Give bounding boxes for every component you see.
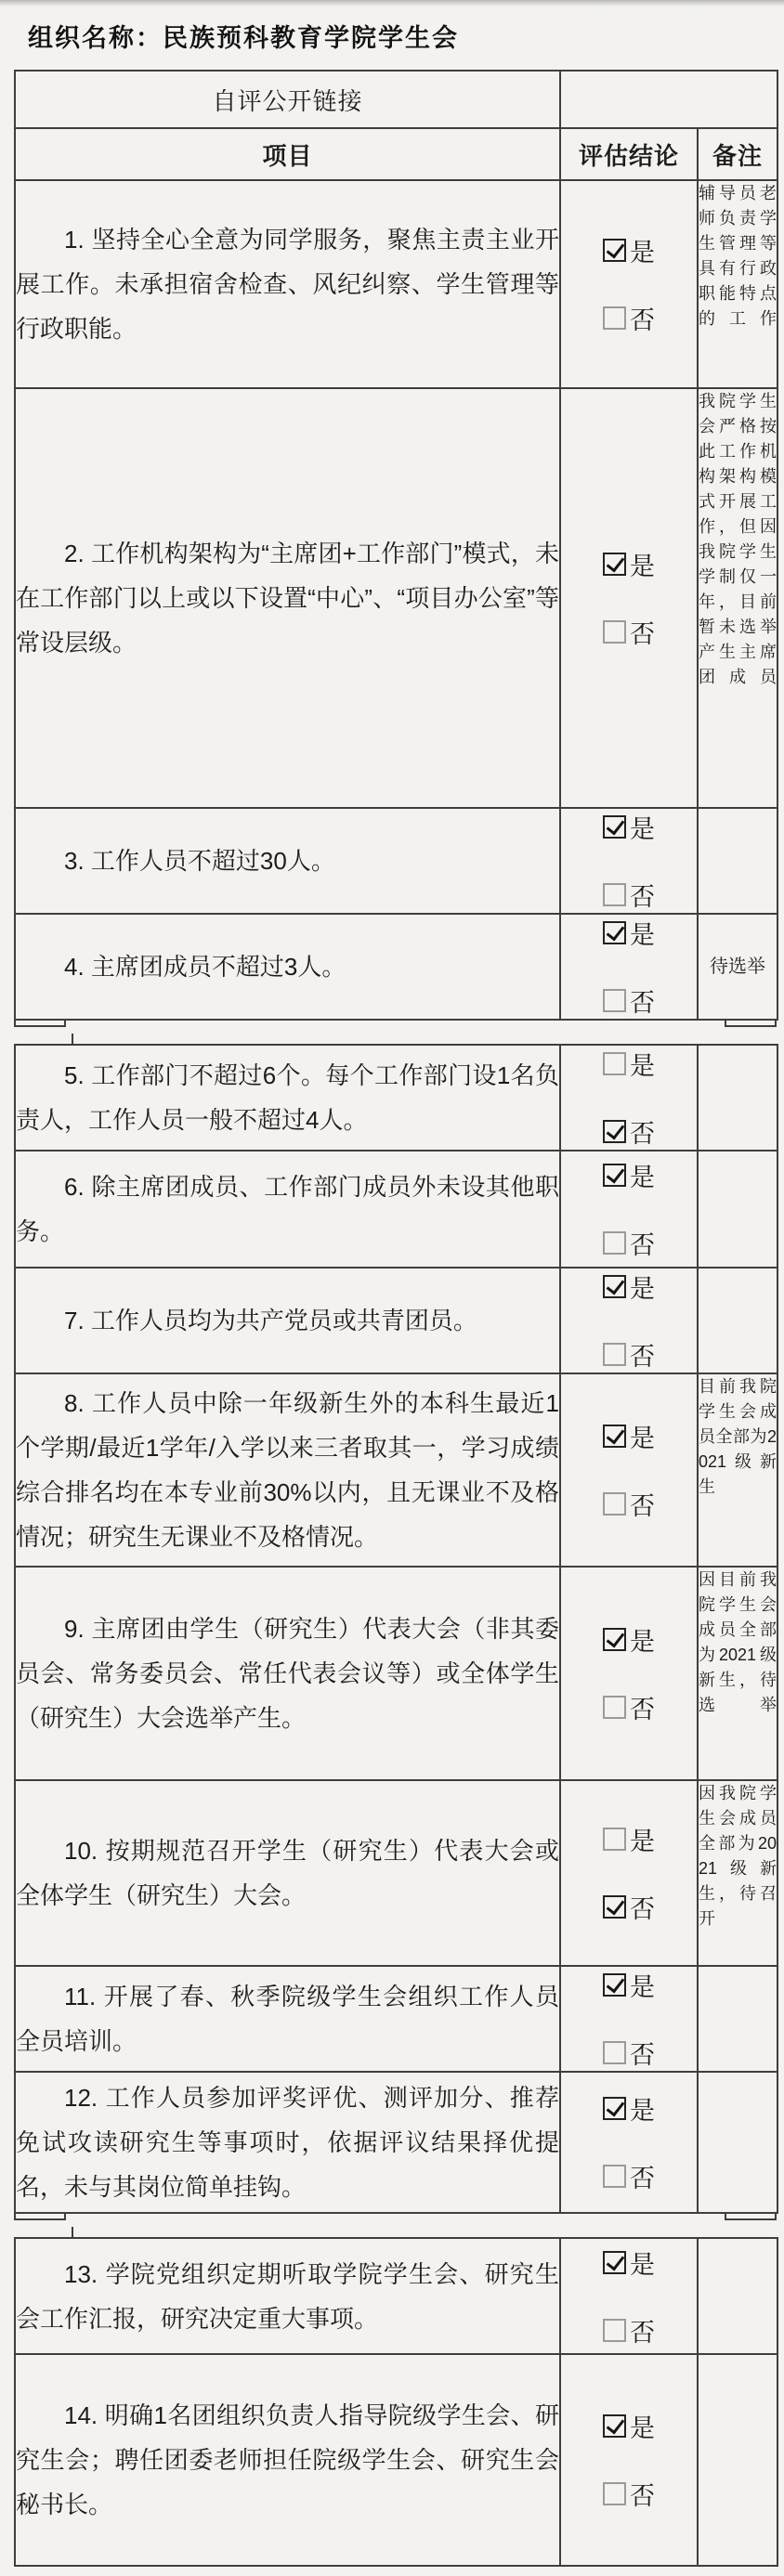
- no-option[interactable]: 否: [561, 1689, 697, 1725]
- yes-checkbox[interactable]: [603, 2414, 626, 2438]
- table-row: 13. 学院党组织定期听取学院学生会、研究生会工作汇报，研究决定重大事项。是否: [15, 2238, 777, 2354]
- remark-cell: 我院学生会严格按此工作机构架构模式开展工作，但因我院学生学制仅一年，目前暂未选举…: [698, 388, 777, 808]
- yes-option[interactable]: 是: [561, 915, 697, 951]
- table-row: 6. 除主席团成员、工作部门成员外未设其他职务。是否: [15, 1151, 777, 1268]
- yes-option[interactable]: 是: [561, 809, 697, 845]
- no-checkbox[interactable]: [603, 1343, 626, 1366]
- no-option[interactable]: 否: [561, 300, 697, 336]
- no-option[interactable]: 否: [561, 1336, 697, 1373]
- yes-option[interactable]: 是: [561, 232, 697, 268]
- evaluation-table-part-3: 13. 学院党组织定期听取学院学生会、研究生会工作汇报，研究决定重大事项。是否1…: [14, 2237, 778, 2567]
- yes-checkbox[interactable]: [603, 1828, 626, 1851]
- no-option[interactable]: 否: [561, 982, 697, 1019]
- yes-label: 是: [630, 2090, 655, 2127]
- table-row: 2. 工作机构架构为“主席团+工作部门”模式，未在工作部门以上或以下设置“中心”…: [15, 388, 777, 808]
- no-checkbox[interactable]: [603, 989, 626, 1012]
- yes-label: 是: [630, 1418, 655, 1454]
- no-checkbox[interactable]: [603, 1231, 626, 1255]
- item-text: 14. 明确1名团组织负责人指导院级学生会、研究生会；聘任团委老师担任院级学生会…: [15, 2354, 560, 2566]
- yes-checkbox[interactable]: [603, 239, 626, 262]
- conclusion-cell: 是否: [560, 914, 698, 1020]
- column-header-row: 项目评估结论备注: [15, 128, 777, 180]
- no-label: 否: [630, 2476, 655, 2512]
- remark-cell: [698, 1045, 777, 1151]
- remark-cell: 待选举: [698, 914, 777, 1020]
- no-option[interactable]: 否: [561, 2476, 697, 2512]
- no-checkbox[interactable]: [603, 1895, 626, 1919]
- no-label: 否: [630, 1486, 655, 1522]
- conclusion-cell: 是否: [560, 808, 698, 914]
- no-checkbox[interactable]: [603, 2041, 626, 2064]
- table-break-mark: [72, 1034, 73, 1046]
- conclusion-cell: 是否: [560, 2354, 698, 2566]
- item-text: 10. 按期规范召开学生（研究生）代表大会或全体学生（研究生）大会。: [15, 1780, 560, 1966]
- conclusion-cell: 是否: [560, 1045, 698, 1151]
- page-break: [14, 2214, 777, 2237]
- column-header-remark: 备注: [698, 128, 777, 180]
- no-option[interactable]: 否: [561, 2158, 697, 2194]
- remark-cell: [698, 2072, 777, 2213]
- evaluation-table-part-2: 5. 工作部门不超过6个。每个工作部门设1名负责人，工作人员一般不超过4人。是否…: [14, 1044, 778, 2214]
- yes-label: 是: [630, 2408, 655, 2444]
- yes-checkbox[interactable]: [603, 1052, 626, 1075]
- yes-checkbox[interactable]: [603, 2097, 626, 2120]
- no-checkbox[interactable]: [603, 1696, 626, 1719]
- yes-label: 是: [630, 546, 655, 582]
- no-label: 否: [630, 877, 655, 913]
- conclusion-cell: 是否: [560, 1966, 698, 2072]
- item-text: 11. 开展了春、秋季院级学生会组织工作人员全员培训。: [15, 1966, 560, 2072]
- yes-option[interactable]: 是: [561, 1821, 697, 1857]
- no-checkbox[interactable]: [603, 2319, 626, 2342]
- item-text: 12. 工作人员参加评奖评优、测评加分、推荐免试攻读研究生等事项时，依据评议结果…: [15, 2072, 560, 2213]
- yes-checkbox[interactable]: [603, 1275, 626, 1298]
- no-checkbox[interactable]: [603, 1120, 626, 1143]
- table-row: 5. 工作部门不超过6个。每个工作部门设1名负责人，工作人员一般不超过4人。是否: [15, 1045, 777, 1151]
- yes-option[interactable]: 是: [561, 2090, 697, 2127]
- bottom-margin: [0, 2567, 784, 2576]
- yes-label: 是: [630, 1268, 655, 1305]
- item-text: 3. 工作人员不超过30人。: [15, 808, 560, 914]
- no-checkbox[interactable]: [603, 1492, 626, 1516]
- remark-cell: 因目前我院学生会成员全部为2021级新生，待选举: [698, 1567, 777, 1780]
- yes-label: 是: [630, 1967, 655, 2003]
- yes-option[interactable]: 是: [561, 1621, 697, 1658]
- conclusion-cell: 是否: [560, 1567, 698, 1780]
- table-break-mark: [14, 1019, 66, 1027]
- yes-label: 是: [630, 809, 655, 845]
- no-option[interactable]: 否: [561, 614, 697, 650]
- yes-label: 是: [630, 1621, 655, 1658]
- yes-option[interactable]: 是: [561, 2244, 697, 2281]
- no-label: 否: [630, 2158, 655, 2194]
- conclusion-cell: 是否: [560, 2072, 698, 2213]
- conclusion-cell: 是否: [560, 1373, 698, 1567]
- no-option[interactable]: 否: [561, 1486, 697, 1522]
- no-option[interactable]: 否: [561, 877, 697, 913]
- item-text: 4. 主席团成员不超过3人。: [15, 914, 560, 1020]
- remark-cell: [698, 1268, 777, 1373]
- item-text: 6. 除主席团成员、工作部门成员外未设其他职务。: [15, 1151, 560, 1268]
- column-header-conclusion: 评估结论: [560, 128, 698, 180]
- no-label: 否: [630, 2035, 655, 2071]
- no-option[interactable]: 否: [561, 2312, 697, 2348]
- table-row: 12. 工作人员参加评奖评优、测评加分、推荐免试攻读研究生等事项时，依据评议结果…: [15, 2072, 777, 2213]
- no-label: 否: [630, 300, 655, 336]
- yes-label: 是: [630, 1046, 655, 1082]
- yes-option[interactable]: 是: [561, 2408, 697, 2444]
- remark-cell: [698, 2238, 777, 2354]
- table-row: 8. 工作人员中除一年级新生外的本科生最近1个学期/最近1学年/入学以来三者取其…: [15, 1373, 777, 1567]
- item-text: 7. 工作人员均为共产党员或共青团员。: [15, 1268, 560, 1373]
- yes-checkbox[interactable]: [603, 553, 626, 576]
- yes-label: 是: [630, 915, 655, 951]
- yes-label: 是: [630, 1821, 655, 1857]
- yes-checkbox[interactable]: [603, 1164, 626, 1187]
- conclusion-cell: 是否: [560, 1268, 698, 1373]
- item-text: 13. 学院党组织定期听取学院学生会、研究生会工作汇报，研究决定重大事项。: [15, 2238, 560, 2354]
- conclusion-cell: 是否: [560, 1780, 698, 1966]
- no-label: 否: [630, 1225, 655, 1261]
- yes-label: 是: [630, 2244, 655, 2281]
- conclusion-cell: 是否: [560, 2238, 698, 2354]
- yes-label: 是: [630, 232, 655, 268]
- yes-label: 是: [630, 1157, 655, 1193]
- item-text: 2. 工作机构架构为“主席团+工作部门”模式，未在工作部门以上或以下设置“中心”…: [15, 388, 560, 808]
- conclusion-cell: 是否: [560, 388, 698, 808]
- table-row: 10. 按期规范召开学生（研究生）代表大会或全体学生（研究生）大会。是否因我院学…: [15, 1780, 777, 1966]
- page-title: 组织名称：民族预科教育学院学生会: [28, 18, 784, 54]
- no-label: 否: [630, 1689, 655, 1725]
- evaluation-table-part-1: 自评公开链接项目评估结论备注1. 坚持全心全意为同学服务，聚焦主责主业开展工作。…: [14, 70, 778, 1021]
- remark-cell: 目前我院学生会成员全部为2021级新生: [698, 1373, 777, 1567]
- remark-cell: 辅导员老师负责学生管理等具有行政职能特点的工作: [698, 180, 777, 388]
- table-row: 3. 工作人员不超过30人。是否: [15, 808, 777, 914]
- remark-cell: [698, 2354, 777, 2566]
- column-header-item: 项目: [15, 128, 560, 180]
- table-break-mark: [14, 2212, 66, 2220]
- yes-option[interactable]: 是: [561, 1418, 697, 1454]
- yes-checkbox[interactable]: [603, 1973, 626, 1997]
- no-checkbox[interactable]: [603, 2482, 626, 2505]
- no-label: 否: [630, 1336, 655, 1373]
- yes-option[interactable]: 是: [561, 1967, 697, 2003]
- yes-checkbox[interactable]: [603, 815, 626, 839]
- table-row: 14. 明确1名团组织负责人指导院级学生会、研究生会；聘任团委老师担任院级学生会…: [15, 2354, 777, 2566]
- yes-checkbox[interactable]: [603, 1425, 626, 1448]
- remark-cell: 因我院学生会成员全部为2021级新生，待召开: [698, 1780, 777, 1966]
- item-text: 8. 工作人员中除一年级新生外的本科生最近1个学期/最近1学年/入学以来三者取其…: [15, 1373, 560, 1567]
- yes-checkbox[interactable]: [603, 2251, 626, 2274]
- item-text: 9. 主席团由学生（研究生）代表大会（非其委员会、常务委员会、常任代表会议等）或…: [15, 1567, 560, 1780]
- yes-option[interactable]: 是: [561, 546, 697, 582]
- remark-cell: [698, 1151, 777, 1268]
- remark-cell: [698, 808, 777, 914]
- conclusion-cell: 是否: [560, 180, 698, 388]
- item-text: 5. 工作部门不超过6个。每个工作部门设1名负责人，工作人员一般不超过4人。: [15, 1045, 560, 1151]
- yes-option[interactable]: 是: [561, 1268, 697, 1305]
- item-text: 1. 坚持全心全意为同学服务，聚焦主责主业开展工作。未承担宿舍检查、风纪纠察、学…: [15, 180, 560, 388]
- no-option[interactable]: 否: [561, 1113, 697, 1150]
- conclusion-cell: 是否: [560, 1151, 698, 1268]
- yes-option[interactable]: 是: [561, 1157, 697, 1193]
- no-label: 否: [630, 614, 655, 650]
- table-row: 4. 主席团成员不超过3人。是否待选举: [15, 914, 777, 1020]
- table-break-mark: [72, 2227, 73, 2239]
- no-option[interactable]: 否: [561, 2035, 697, 2071]
- no-checkbox[interactable]: [603, 620, 626, 644]
- table-break-mark: [725, 1019, 777, 1027]
- self-eval-link-value-cell[interactable]: [560, 71, 777, 128]
- no-label: 否: [630, 1889, 655, 1925]
- no-label: 否: [630, 982, 655, 1019]
- table-row: 11. 开展了春、秋季院级学生会组织工作人员全员培训。是否: [15, 1966, 777, 2072]
- self-eval-link-label: 自评公开链接: [15, 71, 560, 128]
- yes-checkbox[interactable]: [603, 1628, 626, 1651]
- no-checkbox[interactable]: [603, 306, 626, 330]
- no-label: 否: [630, 1113, 655, 1150]
- table-row: 9. 主席团由学生（研究生）代表大会（非其委员会、常务委员会、常任代表会议等）或…: [15, 1567, 777, 1780]
- no-checkbox[interactable]: [603, 883, 626, 906]
- yes-checkbox[interactable]: [603, 921, 626, 944]
- page-break: [14, 1021, 777, 1044]
- table-row: 7. 工作人员均为共产党员或共青团员。是否: [15, 1268, 777, 1373]
- yes-option[interactable]: 是: [561, 1046, 697, 1082]
- photo-top-shadow: [0, 0, 784, 7]
- evaluation-form: 自评公开链接项目评估结论备注1. 坚持全心全意为同学服务，聚焦主责主业开展工作。…: [0, 70, 784, 2567]
- self-eval-link-row: 自评公开链接: [15, 71, 777, 128]
- table-break-mark: [725, 2212, 777, 2220]
- no-label: 否: [630, 2312, 655, 2348]
- no-option[interactable]: 否: [561, 1225, 697, 1261]
- table-row: 1. 坚持全心全意为同学服务，聚焦主责主业开展工作。未承担宿舍检查、风纪纠察、学…: [15, 180, 777, 388]
- remark-cell: [698, 1966, 777, 2072]
- no-option[interactable]: 否: [561, 1889, 697, 1925]
- no-checkbox[interactable]: [603, 2165, 626, 2188]
